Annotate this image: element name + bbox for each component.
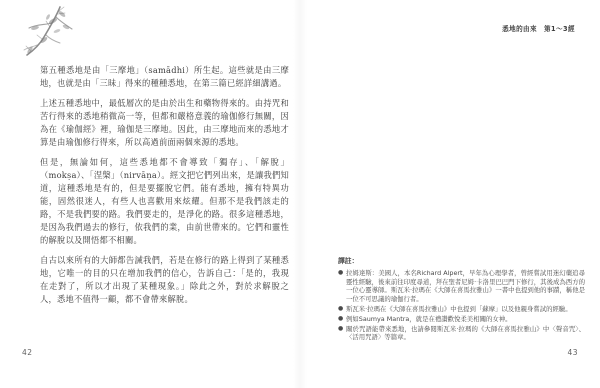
- translator-notes: 譯註： ● 拉姆達斯：美國人，本名Richard Alpert，早年為心理學者，…: [338, 257, 585, 343]
- paragraph: 上述五種悉地中，最低層次的是由於出生和藥物得來的。由持咒和苦行得來的悉地稍微高一…: [40, 97, 289, 149]
- page-number-right: 43: [567, 348, 578, 357]
- note-item: ● 例如Saumya Mantra，就是在禮讚歡悅柔美相關的女神。: [338, 315, 585, 324]
- notes-title: 譯註：: [338, 257, 585, 266]
- note-item: ● 拉姆達斯：美國人，本名Richard Alpert，早年為心理學者，曾經嘗試…: [338, 269, 585, 304]
- page-gutter: [293, 0, 307, 388]
- bullet-icon: ●: [338, 325, 343, 334]
- note-item: ● 關於咒語能帶來悉地，也請參閱斯瓦米·拉瑪的《大師在喜馬拉雅山》中〈聲音咒〉、…: [338, 325, 585, 343]
- book-spread: 第五種悉地是由「三摩地」（samādhi）所生起。這些就是由三摩地，也就是由「三…: [0, 0, 600, 388]
- bullet-icon: ●: [338, 269, 343, 278]
- note-text: 例如Saumya Mantra，就是在禮讚歡悅柔美相關的女神。: [346, 315, 512, 323]
- ink-branch-illustration: [15, 5, 81, 59]
- running-head: 悉地的由來 第1～3經: [502, 23, 575, 33]
- note-text: 關於咒語能帶來悉地，也請參閱斯瓦米·拉瑪的《大師在喜馬拉雅山》中〈聲音咒〉、〈活…: [346, 325, 585, 342]
- page-number-left: 42: [22, 348, 33, 357]
- bullet-icon: ●: [338, 305, 343, 314]
- paragraph: 第五種悉地是由「三摩地」（samādhi）所生起。這些就是由三摩地，也就是由「三…: [40, 64, 289, 90]
- paragraph: 但是，無論如何，這些悉地都不會導致「獨存」、「解脫」（mokṣa）、「涅槃」（n…: [40, 156, 289, 248]
- note-text: 斯瓦米·拉瑪在《大師在喜馬拉雅山》中也提到「蘇摩」以及他親身嘗試的經驗。: [346, 305, 572, 313]
- paragraph: 自古以來所有的大師都告誡我們，若是在修行的路上得到了某種悉地，它唯一的目的只在增…: [40, 254, 289, 306]
- body-text: 第五種悉地是由「三摩地」（samādhi）所生起。這些就是由三摩地，也就是由「三…: [40, 64, 289, 313]
- note-item: ● 斯瓦米·拉瑪在《大師在喜馬拉雅山》中也提到「蘇摩」以及他親身嘗試的經驗。: [338, 305, 585, 314]
- bullet-icon: ●: [338, 315, 343, 324]
- note-text: 拉姆達斯：美國人，本名Richard Alpert，早年為心理學者，曾經嘗試用迷…: [346, 269, 585, 303]
